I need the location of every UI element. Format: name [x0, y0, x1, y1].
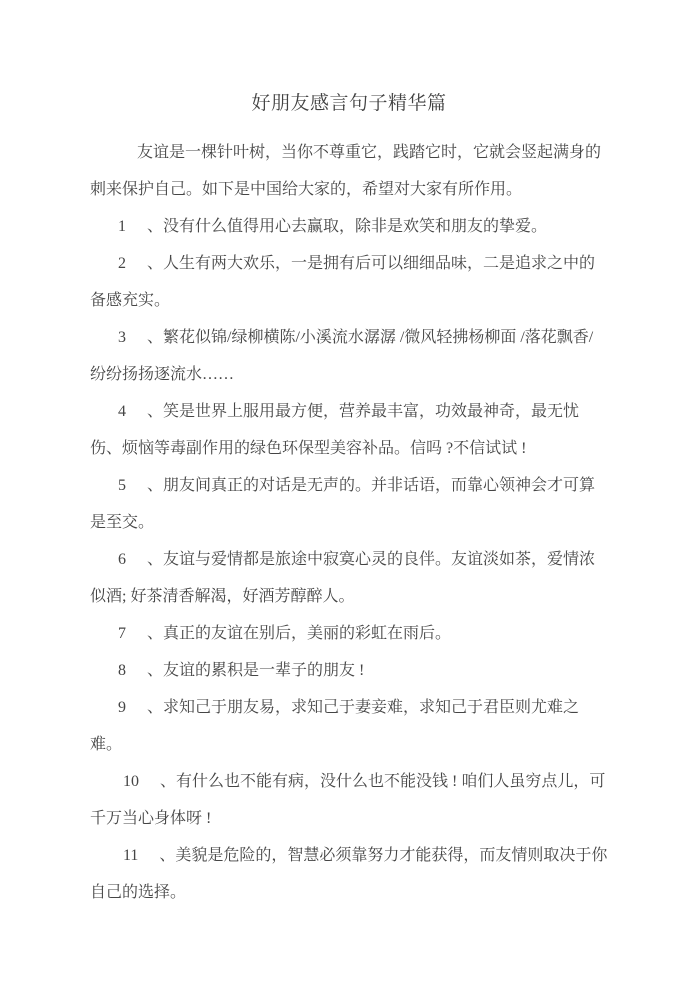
list-item: 4、笑是世界上服用最方便，营养最丰富，功效最神奇，最无忧伤、烦恼等毒副作用的绿色…: [90, 393, 608, 467]
document-page: 好朋友感言句子精华篇 友谊是一棵针叶树，当你不尊重它，践踏它时，它就会竖起满身的…: [0, 0, 700, 991]
list-item: 7、真正的友谊在别后，美丽的彩虹在雨后。: [90, 615, 608, 652]
item-number: 5: [118, 477, 126, 494]
list-item: 11、美貌是危险的，智慧必须靠努力才能获得，而友情则取决于你自己的选择。: [90, 837, 608, 911]
list-item: 10、有什么也不能有病，没什么也不能没钱 ! 咱们人虽穷点儿，可千万当心身体呀 …: [90, 763, 608, 837]
item-number: 2: [118, 255, 126, 272]
item-text: 人生有两大欢乐，一是拥有后可以细细品味，二是追求之中的备感充实。: [90, 255, 595, 309]
list-item: 1、没有什么值得用心去赢取，除非是欢笑和朋友的挚爱。: [90, 208, 608, 245]
item-text: 朋友间真正的对话是无声的。并非话语，而靠心领神会才可算是至交。: [90, 477, 595, 531]
item-number: 9: [118, 699, 126, 716]
list-marker: 、: [147, 255, 163, 272]
list-marker: 、: [147, 625, 163, 642]
item-text: 求知己于朋友易，求知己于妻妾难，求知己于君臣则尤难之难。: [90, 699, 579, 753]
list-marker: 、: [147, 699, 163, 716]
item-number: 11: [123, 847, 138, 864]
item-number: 10: [123, 773, 139, 790]
item-number: 3: [118, 329, 126, 346]
item-text: 笑是世界上服用最方便，营养最丰富，功效最神奇，最无忧伤、烦恼等毒副作用的绿色环保…: [90, 403, 579, 457]
list-marker: 、: [147, 551, 163, 568]
list-marker: 、: [147, 403, 163, 420]
list-marker: 、: [159, 847, 175, 864]
item-text: 繁花似锦/绿柳横陈/小溪流水潺潺 /微风轻拂杨柳面 /落花飘香/纷纷扬扬逐流水……: [90, 329, 593, 383]
item-text: 没有什么值得用心去赢取，除非是欢笑和朋友的挚爱。: [163, 218, 547, 235]
item-text: 友谊与爱情都是旅途中寂寞心灵的良伴。友谊淡如茶，爱情浓似酒; 好茶清香解渴，好酒…: [90, 551, 595, 605]
list-marker: 、: [160, 773, 176, 790]
item-text: 真正的友谊在别后，美丽的彩虹在雨后。: [163, 625, 451, 642]
list-item: 9、求知己于朋友易，求知己于妻妾难，求知己于君臣则尤难之难。: [90, 689, 608, 763]
list-item: 6、友谊与爱情都是旅途中寂寞心灵的良伴。友谊淡如茶，爱情浓似酒; 好茶清香解渴，…: [90, 541, 608, 615]
item-number: 4: [118, 403, 126, 420]
list-marker: 、: [147, 477, 163, 494]
intro-paragraph: 友谊是一棵针叶树，当你不尊重它，践踏它时，它就会竖起满身的刺来保护自己。如下是中…: [90, 134, 608, 208]
item-number: 8: [118, 662, 126, 679]
list-item: 3、繁花似锦/绿柳横陈/小溪流水潺潺 /微风轻拂杨柳面 /落花飘香/纷纷扬扬逐流…: [90, 319, 608, 393]
item-number: 6: [118, 551, 126, 568]
document-body: 友谊是一棵针叶树，当你不尊重它，践踏它时，它就会竖起满身的刺来保护自己。如下是中…: [90, 134, 608, 911]
list-item: 2、人生有两大欢乐，一是拥有后可以细细品味，二是追求之中的备感充实。: [90, 245, 608, 319]
item-number: 7: [118, 625, 126, 642]
page-title: 好朋友感言句子精华篇: [90, 90, 608, 118]
list-item: 8、友谊的累积是一辈子的朋友 !: [90, 652, 608, 689]
list-marker: 、: [147, 218, 163, 235]
list-item: 5、朋友间真正的对话是无声的。并非话语，而靠心领神会才可算是至交。: [90, 467, 608, 541]
item-number: 1: [118, 218, 126, 235]
list-marker: 、: [147, 329, 163, 346]
list-marker: 、: [147, 662, 163, 679]
item-text: 友谊的累积是一辈子的朋友 !: [163, 662, 364, 679]
